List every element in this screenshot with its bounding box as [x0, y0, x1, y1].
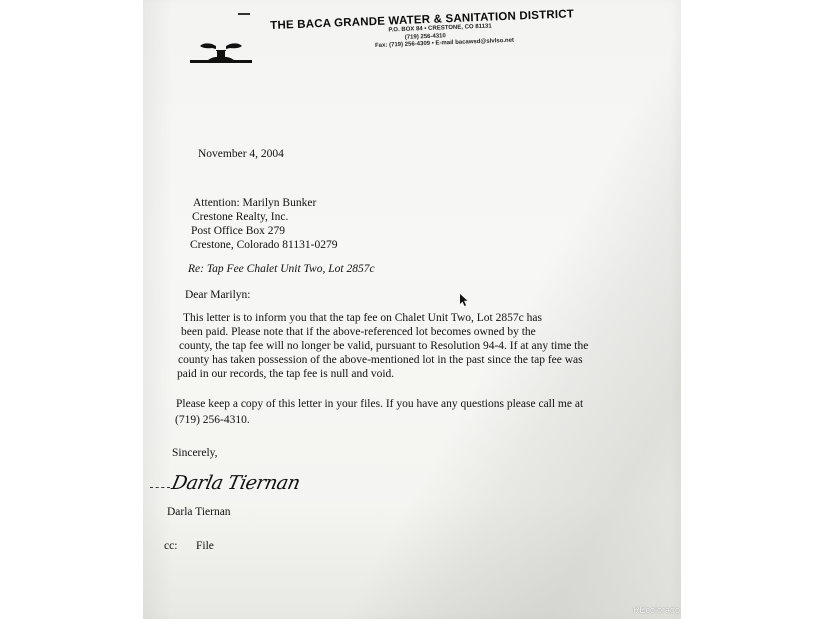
signature: Darla Tiernan	[170, 472, 302, 494]
body-line: (719) 256-4310.	[175, 413, 250, 428]
body-line: paid in our records, the tap fee is null…	[177, 367, 394, 382]
water-valve-logo-icon	[190, 40, 252, 68]
watermark: REcolorado	[633, 605, 680, 615]
mouse-pointer-icon	[459, 293, 469, 307]
signature-dash	[150, 487, 170, 488]
body-line: county has taken possession of the above…	[178, 353, 583, 368]
body-line: This letter is to inform you that the ta…	[183, 311, 542, 326]
cc-value: File	[196, 539, 214, 554]
recipient-attention: Attention: Marilyn Bunker	[193, 196, 316, 211]
letter-date: November 4, 2004	[198, 147, 284, 162]
recipient-address-line1: Post Office Box 279	[191, 224, 285, 239]
scan-mark	[238, 13, 250, 15]
body-line: been paid. Please note that if the above…	[181, 325, 536, 340]
body-line: Please keep a copy of this letter in you…	[176, 397, 583, 412]
signer-name: Darla Tiernan	[167, 505, 231, 520]
salutation: Dear Marilyn:	[185, 288, 250, 303]
recipient-company: Crestone Realty, Inc.	[192, 210, 288, 225]
subject-line: Re: Tap Fee Chalet Unit Two, Lot 2857c	[188, 262, 375, 277]
letter-page	[143, 0, 681, 619]
body-line: county, the tap fee will no longer be va…	[179, 339, 588, 354]
closing: Sincerely,	[172, 446, 218, 461]
recipient-address-line2: Crestone, Colorado 81131-0279	[190, 238, 337, 253]
paper-shadow	[143, 0, 681, 619]
cc-label: cc:	[164, 539, 177, 554]
